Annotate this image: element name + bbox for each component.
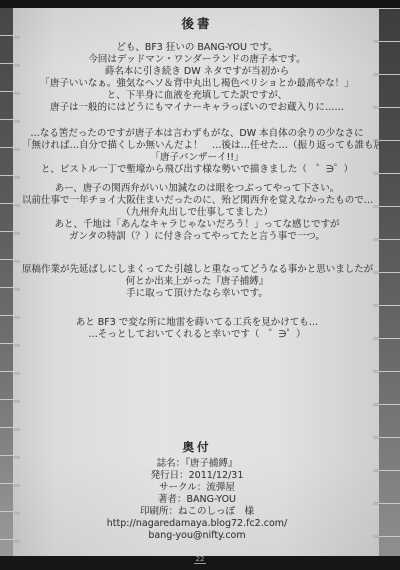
colophon-circle-line: サークル：流弾屋 [22,482,372,494]
afterword-paragraph: …なる筈だったのですが唐子本は言わずもがな、DW 本自体の余りの少なさに 「無け… [22,128,372,176]
afterword-line: と、ピストル一丁で塹壕から飛び出す様な勢いで描きました（ ゜∋゜） [22,164,372,176]
colophon-date-line: 発行日：2011/12/31 [22,470,372,482]
afterword-line: ども、BF3 狂いの BANG-YOU です。 [22,42,372,54]
grayscale-calibration-strip-right [379,9,400,557]
afterword-line: 手に取って頂けたなら幸いです。 [22,288,372,300]
colophon-heading: 奥付 [22,441,372,453]
afterword-line: …なる筈だったのですが唐子本は言わずもがな、DW 本自体の余りの少なさに [22,128,372,140]
afterword-line: 「唐子いいなぁ。強気なヘソ＆背中丸出し褐色ベリショとか最高やな！」 [22,78,372,90]
afterword-line: あと、千地は「あんなキャラじゃないだろう！」ってな感じですが [22,219,372,231]
afterword-line: 「唐子バンザーイ!!」 [22,152,372,164]
ruler-tick-marks-right [373,40,379,550]
afterword-line: 蒔名本に引き続き DW ネタですが当初から [22,66,372,78]
afterword-heading: 後書 [22,18,372,30]
scanned-doujinshi-page: 後書 ども、BF3 狂いの BANG-YOU です。 今回はデッドマン・ワンダー… [0,0,400,570]
page-content: 後書 ども、BF3 狂いの BANG-YOU です。 今回はデッドマン・ワンダー… [22,8,372,542]
grayscale-calibration-strip-left [0,8,13,557]
afterword-line: …そっとしておいてくれると幸いです（ ゜∋゜） [22,329,372,341]
afterword-line: 今回はデッドマン・ワンダーランドの唐子本です。 [22,54,372,66]
afterword-paragraph: あー、唐子の関西弁がいい加減なのは眼をつぶってやって下さい。 以前仕事で一年チョ… [22,183,372,243]
afterword-line: （九州弁丸出しで仕事してました） [22,207,372,219]
afterword-line: あー、唐子の関西弁がいい加減なのは眼をつぶってやって下さい。 [22,183,372,195]
afterword-line: 原稿作業が先延ばしにしまくってた引越しと重なってどうなる事かと思いましたが [22,264,372,276]
colophon-author-line: 著者：BANG-YOU [22,494,372,506]
afterword-paragraph: 原稿作業が先延ばしにしまくってた引越しと重なってどうなる事かと思いましたが 何と… [22,264,372,300]
colophon-website-url: http://nagaredamaya.blog72.fc2.com/ [22,518,372,530]
colophon-title-line: 誌名：『唐子捕縛』 [22,458,372,470]
afterword-line: あと BF3 で変な所に地雷を蒔いてる工兵を見かけても… [22,317,372,329]
afterword-line: 何とか出来上がった『唐子捕縛』 [22,276,372,288]
page-number: 22 [0,555,400,563]
afterword-line: 唐子は一般的にはどうにもマイナーキャラっぽいのでお蔵入りに…… [22,102,372,114]
afterword-line: と、下半身に血液を充填してた訳ですが、 [22,90,372,102]
ruler-tick-marks-left [14,36,20,550]
afterword-line: 「無ければ…自分で描くしか無いんだよ！ …後は…任せた…（振り返っても誰も居ない… [22,140,372,152]
afterword-line: 以前仕事で一年チョイ大阪住まいだったのに、殆ど関西弁を覚えなかったもので… [22,195,372,207]
afterword-paragraph: ども、BF3 狂いの BANG-YOU です。 今回はデッドマン・ワンダーランド… [22,42,372,114]
colophon-block: 誌名：『唐子捕縛』 発行日：2011/12/31 サークル：流弾屋 著者：BAN… [22,458,372,542]
colophon-printer-line: 印刷所：ねこのしっぽ 様 [22,506,372,518]
afterword-line: ガンタの特訓（？）に付き合ってやってたと言う事で一つ。 [22,231,372,243]
scan-edge-top-bar [0,0,400,8]
colophon-email: bang-you@nifty.com [22,530,372,542]
afterword-paragraph: あと BF3 で変な所に地雷を蒔いてる工兵を見かけても… …そっとしておいてくれ… [22,317,372,341]
